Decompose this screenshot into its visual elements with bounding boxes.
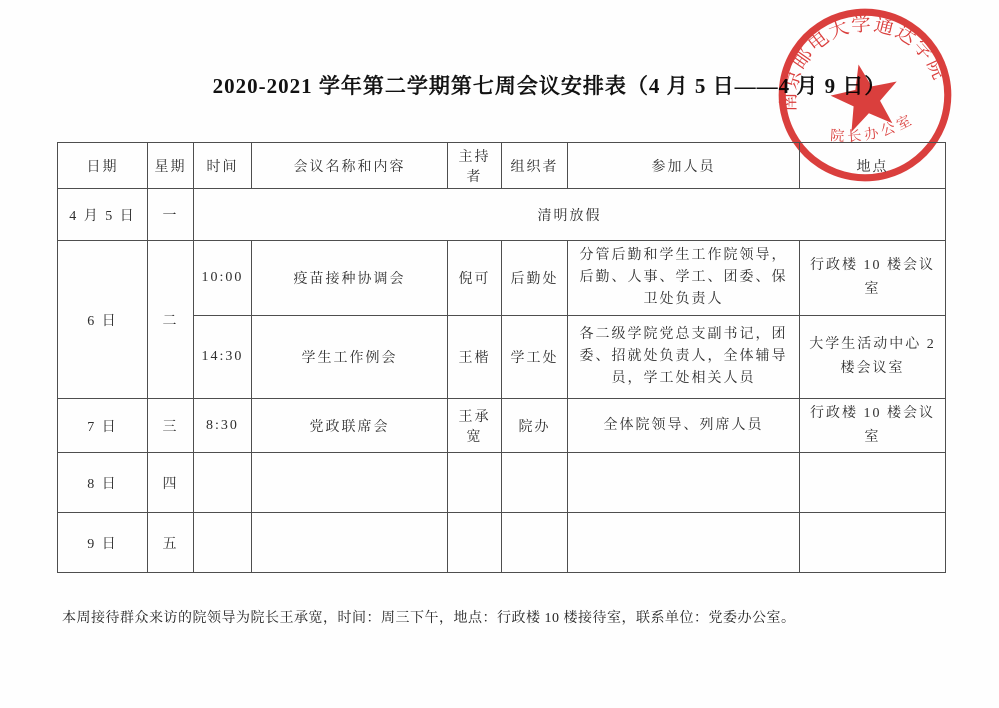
page-title: 2020-2021 学年第二学期第七周会议安排表（4 月 5 日——4 月 9 …: [100, 70, 999, 100]
empty-cell: [568, 453, 800, 513]
date-cell: 9 日: [58, 513, 148, 573]
column-header-host: 主持者: [448, 143, 502, 189]
empty-cell: [502, 513, 568, 573]
empty-cell: [252, 453, 448, 513]
host-cell: 王楷: [448, 316, 502, 399]
empty-cell: [448, 453, 502, 513]
date-cell: 4 月 5 日: [58, 189, 148, 241]
time-cell: 14:30: [194, 316, 252, 399]
meeting-schedule-table: 日期 星期 时间 会议名称和内容 主持者 组织者 参加人员 地点 4 月 5 日…: [57, 142, 946, 573]
weekday-cell: 五: [148, 513, 194, 573]
table-row-friday: 9 日 五: [58, 513, 946, 573]
empty-cell: [194, 513, 252, 573]
empty-cell: [194, 453, 252, 513]
column-header-time: 时间: [194, 143, 252, 189]
empty-cell: [800, 513, 946, 573]
empty-cell: [252, 513, 448, 573]
table-row-wednesday: 7 日 三 8:30 党政联席会 王承宽 院办 全体院领导、列席人员 行政楼 1…: [58, 399, 946, 453]
weekday-cell: 二: [148, 241, 194, 399]
organizer-cell: 学工处: [502, 316, 568, 399]
table-row-monday: 4 月 5 日 一 清明放假: [58, 189, 946, 241]
time-cell: 8:30: [194, 399, 252, 453]
location-cell: 大学生活动中心 2 楼会议室: [800, 316, 946, 399]
column-header-date: 日期: [58, 143, 148, 189]
meeting-name-cell: 党政联席会: [252, 399, 448, 453]
date-cell: 8 日: [58, 453, 148, 513]
column-header-weekday: 星期: [148, 143, 194, 189]
empty-cell: [448, 513, 502, 573]
location-cell: 行政楼 10 楼会议室: [800, 241, 946, 316]
column-header-meeting-name: 会议名称和内容: [252, 143, 448, 189]
table-row-tuesday-meeting1: 6 日 二 10:00 疫苗接种协调会 倪可 后勤处 分管后勤和学生工作院领导，…: [58, 241, 946, 316]
weekday-cell: 三: [148, 399, 194, 453]
empty-cell: [800, 453, 946, 513]
host-cell: 倪可: [448, 241, 502, 316]
date-cell: 6 日: [58, 241, 148, 399]
table-row-thursday: 8 日 四: [58, 453, 946, 513]
participants-cell: 分管后勤和学生工作院领导，后勤、人事、学工、团委、保卫处负责人: [568, 241, 800, 316]
reception-note: 本周接待群众来访的院领导为院长王承宽，时间：周三下午，地点：行政楼 10 楼接待…: [62, 607, 796, 627]
meeting-name-cell: 学生工作例会: [252, 316, 448, 399]
participants-cell: 各二级学院党总支副书记，团委、招就处负责人，全体辅导员，学工处相关人员: [568, 316, 800, 399]
location-cell: 行政楼 10 楼会议室: [800, 399, 946, 453]
holiday-note-cell: 清明放假: [194, 189, 946, 241]
empty-cell: [568, 513, 800, 573]
column-header-organizer: 组织者: [502, 143, 568, 189]
host-cell: 王承宽: [448, 399, 502, 453]
meeting-name-cell: 疫苗接种协调会: [252, 241, 448, 316]
empty-cell: [502, 453, 568, 513]
table-header-row: 日期 星期 时间 会议名称和内容 主持者 组织者 参加人员 地点: [58, 143, 946, 189]
date-cell: 7 日: [58, 399, 148, 453]
weekday-cell: 一: [148, 189, 194, 241]
participants-cell: 全体院领导、列席人员: [568, 399, 800, 453]
column-header-participants: 参加人员: [568, 143, 800, 189]
time-cell: 10:00: [194, 241, 252, 316]
weekday-cell: 四: [148, 453, 194, 513]
organizer-cell: 院办: [502, 399, 568, 453]
column-header-location: 地点: [800, 143, 946, 189]
organizer-cell: 后勤处: [502, 241, 568, 316]
